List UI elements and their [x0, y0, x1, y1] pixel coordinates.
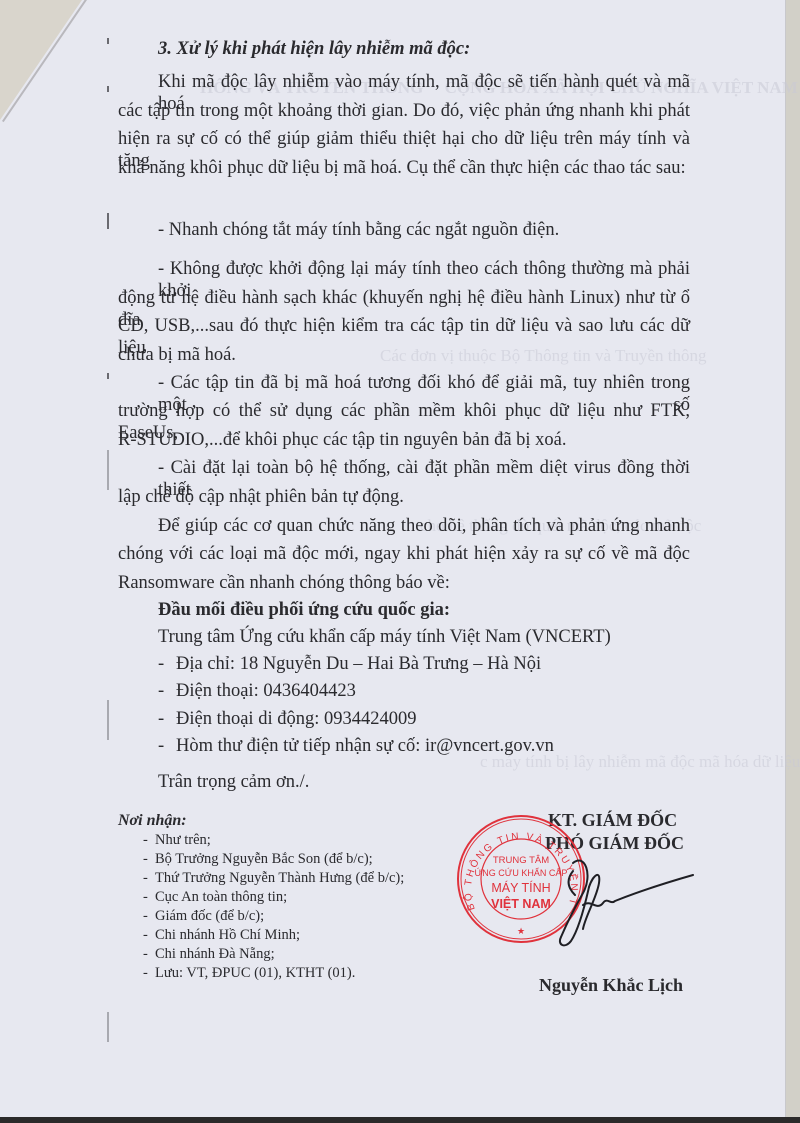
- recipient-item: Chi nhánh Hồ Chí Minh;: [155, 926, 300, 944]
- contact-heading: Đầu mối điều phối ứng cứu quốc gia:: [158, 599, 450, 621]
- recipient-item: Giám đốc (để b/c);: [155, 907, 264, 925]
- list-dash: -: [158, 708, 164, 730]
- list-dash: -: [158, 680, 164, 702]
- step-item: - Nhanh chóng tắt máy tính bằng các ngắt…: [158, 219, 559, 241]
- step-item-line: lập chế độ cập nhật phiên bản tự động.: [118, 486, 404, 508]
- recipient-item: Cục An toàn thông tin;: [155, 888, 287, 906]
- svg-text:TRUNG TÂM: TRUNG TÂM: [493, 855, 549, 866]
- step-item-line: R-STUDIO,...để khôi phục các tập tin ngu…: [118, 429, 567, 451]
- recipient-item: Như trên;: [155, 831, 211, 849]
- list-dash: -: [158, 735, 164, 757]
- contact-email: Hòm thư điện tử tiếp nhận sự cố: ir@vnce…: [176, 735, 554, 757]
- paragraph-line: các tập tin trong một khoảng thời gian. …: [118, 100, 690, 122]
- signer-name: Nguyễn Khắc Lịch: [539, 974, 683, 996]
- handwritten-signature-icon: [555, 845, 695, 955]
- contact-phone: Điện thoại: 0436404423: [176, 680, 356, 702]
- recipients-heading: Nơi nhận:: [118, 810, 187, 832]
- recipient-item: Lưu: VT, ĐPUC (01), KTHT (01).: [155, 964, 355, 982]
- paragraph-line: chóng với các loại mã độc mới, ngay khi …: [118, 543, 690, 565]
- organization-name: Trung tâm Ứng cứu khẩn cấp máy tính Việt…: [158, 626, 611, 648]
- step-item-line: chưa bị mã hoá.: [118, 344, 236, 366]
- svg-text:★: ★: [517, 926, 525, 936]
- closing-text: Trân trọng cảm ơn./.: [158, 771, 309, 793]
- paragraph-line: Ransomware cần nhanh chóng thông báo về:: [118, 572, 450, 594]
- recipient-item: Chi nhánh Đà Nẵng;: [155, 945, 275, 963]
- svg-text:VIỆT NAM: VIỆT NAM: [491, 896, 551, 911]
- svg-text:MÁY TÍNH: MÁY TÍNH: [491, 880, 550, 895]
- recipient-item: Bộ Trưởng Nguyễn Bắc Son (để b/c);: [155, 850, 373, 868]
- paragraph-line: Để giúp các cơ quan chức năng theo dõi, …: [158, 515, 690, 537]
- section-title: 3. Xử lý khi phát hiện lây nhiễm mã độc:: [158, 38, 470, 60]
- recipient-item: Thứ Trưởng Nguyễn Thành Hưng (để b/c);: [155, 869, 404, 887]
- svg-text:ỨNG CỨU KHẨN CẤP: ỨNG CỨU KHẨN CẤP: [475, 867, 568, 878]
- contact-mobile: Điện thoại di động: 0934424009: [176, 708, 416, 730]
- list-dash: -: [158, 653, 164, 675]
- paragraph-line: khả năng khôi phục dữ liệu bị mã hoá. Cụ…: [118, 157, 686, 179]
- scanner-edge-right: [785, 0, 800, 1117]
- scanner-edge-bottom: [0, 1117, 800, 1123]
- contact-address: Địa chỉ: 18 Nguyễn Du – Hai Bà Trưng – H…: [176, 653, 541, 675]
